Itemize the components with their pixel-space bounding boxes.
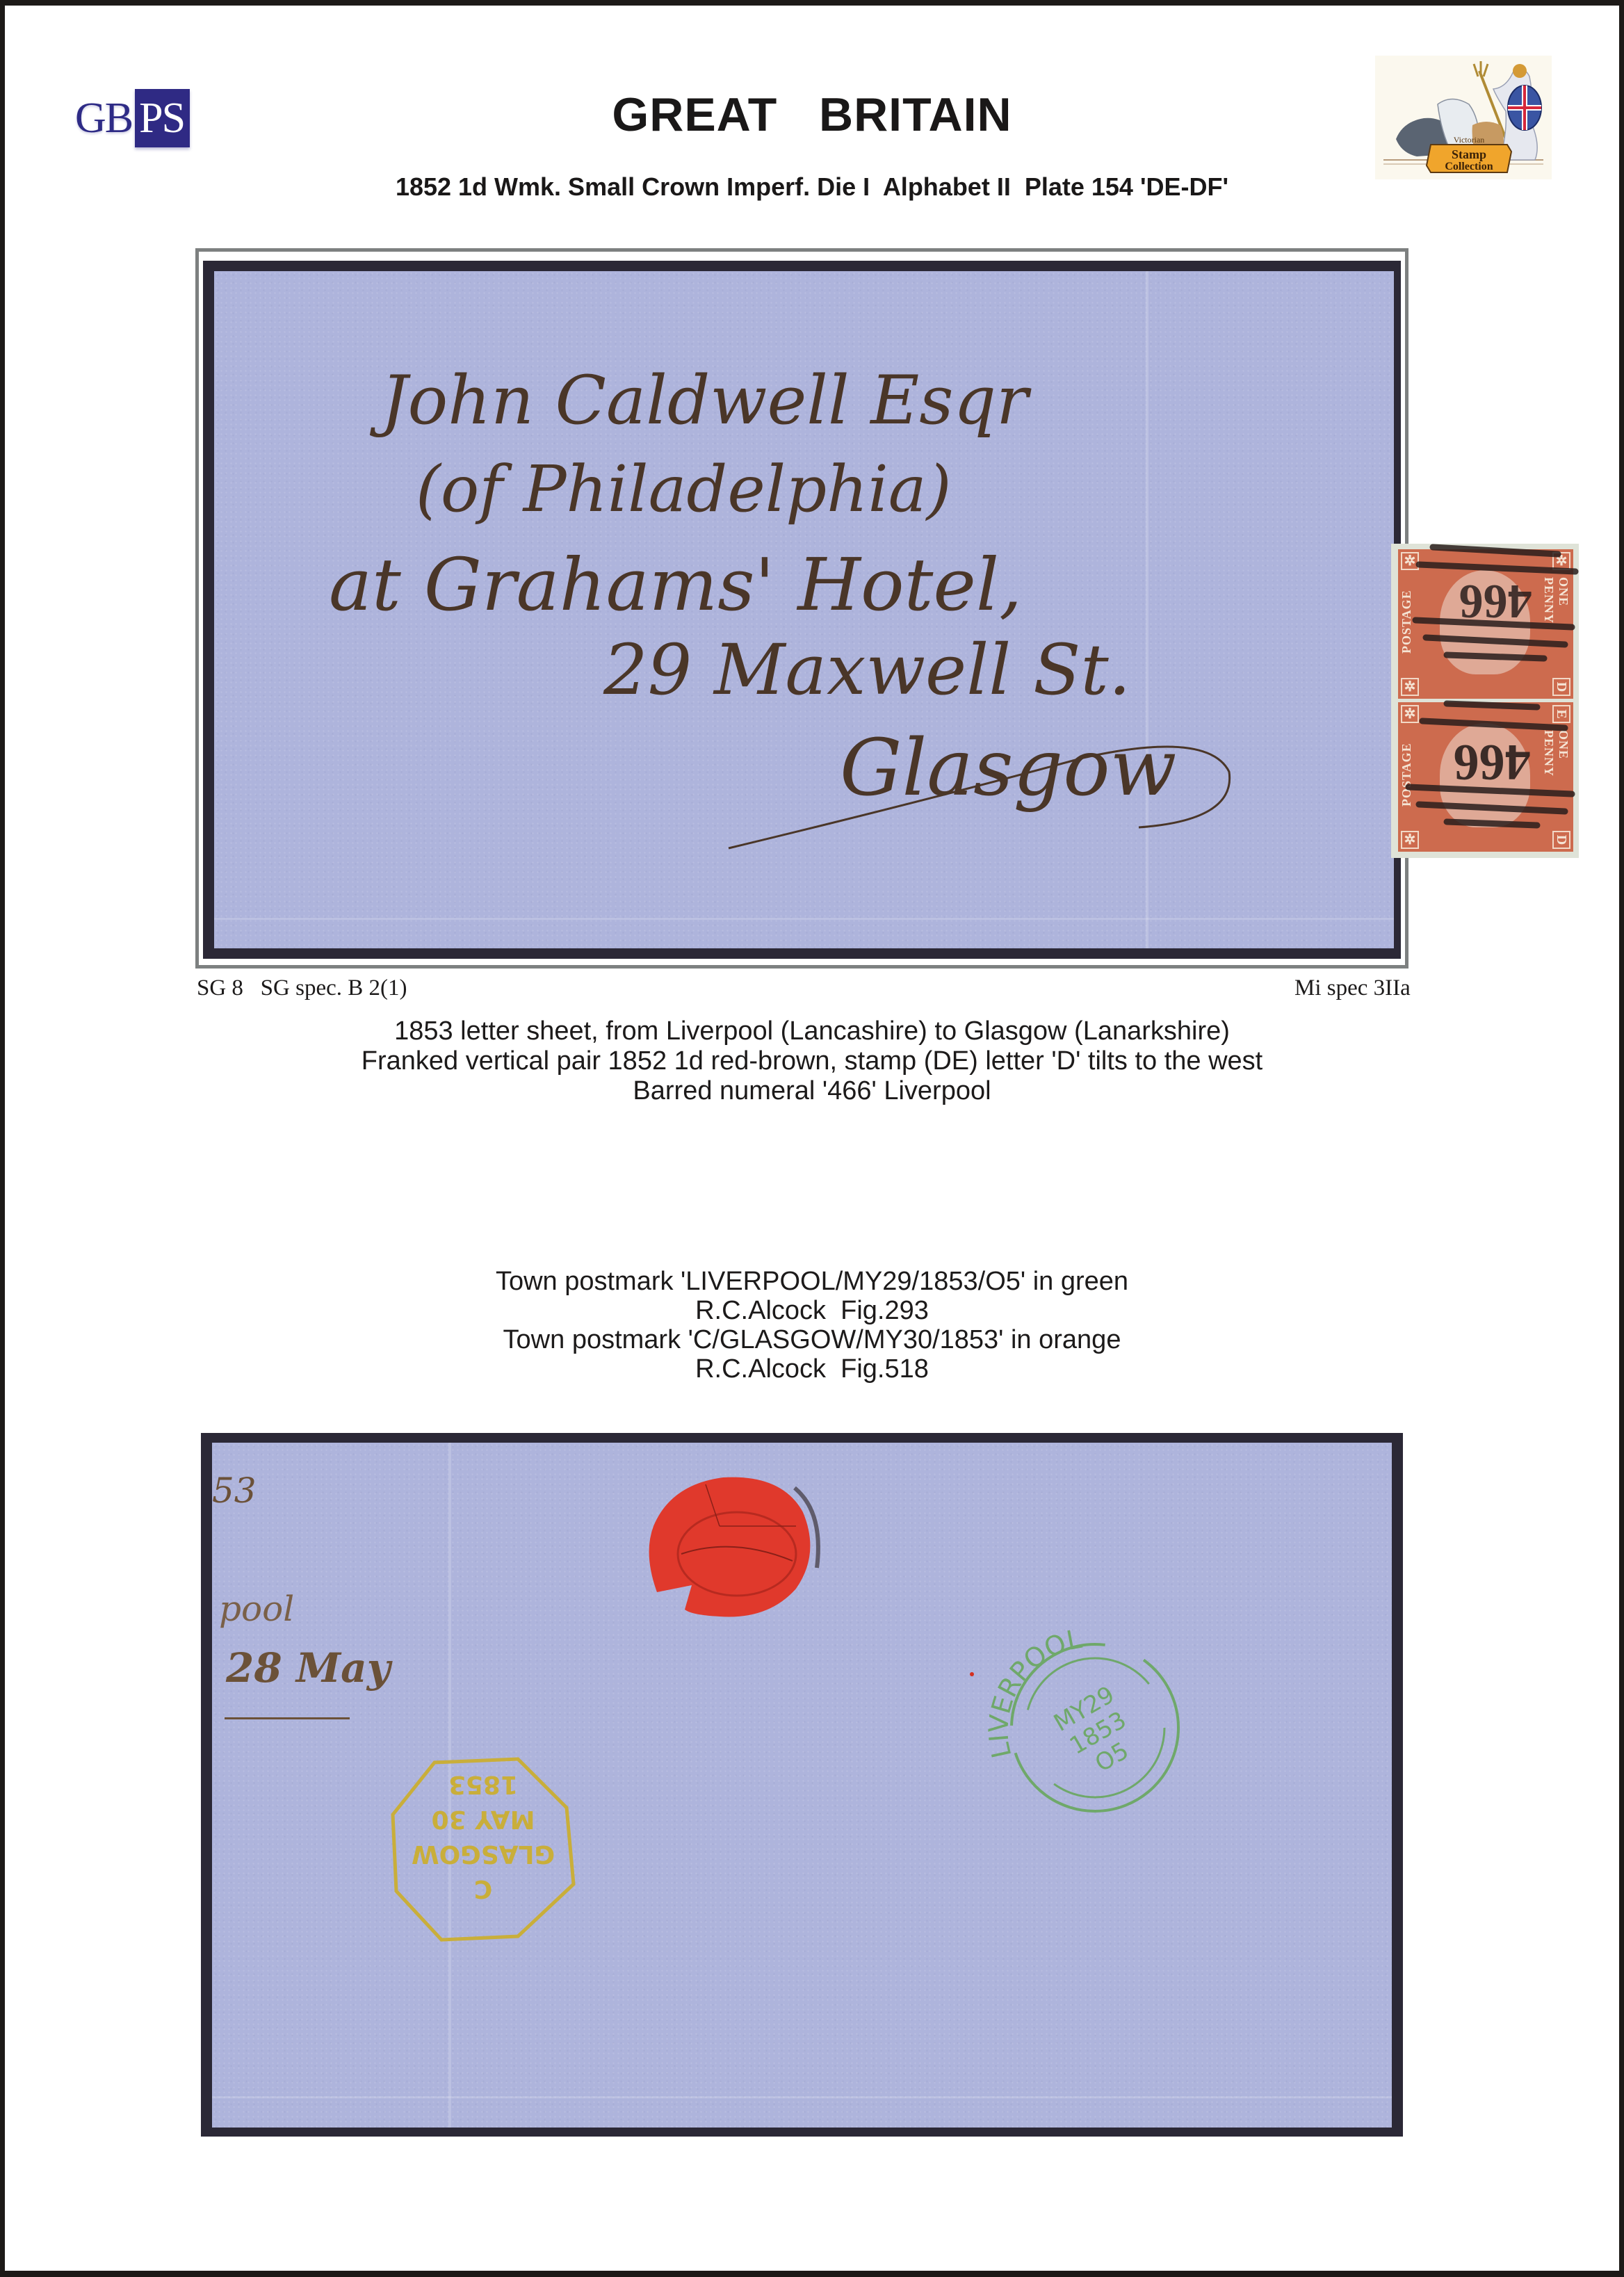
barred-numeral-cancel-icon: 466 (1398, 690, 1586, 843)
fold-line (212, 2096, 1392, 2098)
front-cover-letter: John Caldwell Esqr (of Philadelphia) at … (214, 271, 1394, 948)
red-dot (970, 1672, 974, 1676)
stamp-vertical-pair: POSTAGE ONE PENNY ✲ ✲ ✲ D POSTAGE ONE PE… (1391, 544, 1579, 858)
svg-text:C: C (474, 1874, 492, 1903)
wax-seal-icon (615, 1470, 838, 1637)
address-line-4: 29 Maxwell St. (603, 629, 1130, 711)
liverpool-circular-postmark: LIVERPOOL MY29 1853 O5 (984, 1616, 1206, 1839)
catalogue-ref-michel: Mi spec 3IIa (1294, 975, 1411, 1001)
svg-text:MAY 30: MAY 30 (432, 1805, 535, 1833)
barred-numeral-cancel-icon: 466 (1405, 530, 1586, 669)
front-cover-frame: John Caldwell Esqr (of Philadelphia) at … (195, 248, 1408, 969)
postmark-note-1: Town postmark 'LIVERPOOL/MY29/1853/O5' i… (0, 1267, 1624, 1296)
fold-line (214, 918, 1394, 920)
description-line-1: 1853 letter sheet, from Liverpool (Lanca… (0, 1016, 1624, 1046)
svg-text:466: 466 (1459, 574, 1532, 628)
address-line-2: (of Philadelphia) (416, 452, 952, 526)
postmark-note-3: Town postmark 'C/GLASGOW/MY30/1853' in o… (0, 1325, 1624, 1354)
svg-text:Collection: Collection (1445, 161, 1493, 172)
postmark-note-4: R.C.Alcock Fig.518 (0, 1354, 1624, 1384)
postmark-note-2: R.C.Alcock Fig.293 (0, 1296, 1624, 1325)
catalogue-ref-sg: SG 8 SG spec. B 2(1) (197, 975, 407, 1001)
docket-year: 53 (212, 1470, 257, 1511)
description-line-2: Franked vertical pair 1852 1d red-brown,… (0, 1046, 1624, 1076)
back-cover-letter: 53 pool 28 May C GLASGOW MAY 30 1853 LIV… (212, 1443, 1392, 2128)
docket-date: 28 May (226, 1644, 390, 1692)
docket-underline (225, 1717, 350, 1719)
britannia-horses-icon: Victorian Stamp Collection (1375, 56, 1552, 179)
address-line-3: at Grahams' Hotel, (329, 542, 1022, 627)
svg-text:466: 466 (1454, 734, 1531, 791)
svg-text:1853: 1853 (448, 1770, 518, 1799)
address-line-1: John Caldwell Esqr (381, 362, 1028, 439)
svg-text:Victorian: Victorian (1454, 135, 1485, 145)
svg-text:GLASGOW: GLASGOW (412, 1840, 555, 1868)
victorian-stamp-collection-logo: Victorian Stamp Collection (1375, 56, 1552, 179)
svg-text:Stamp: Stamp (1452, 147, 1486, 161)
description-line-3: Barred numeral '466' Liverpool (0, 1076, 1624, 1105)
glasgow-flourish-icon (722, 716, 1250, 855)
glasgow-octagonal-postmark: C GLASGOW MAY 30 1853 (372, 1742, 594, 1950)
docket-town: pool (219, 1589, 294, 1629)
